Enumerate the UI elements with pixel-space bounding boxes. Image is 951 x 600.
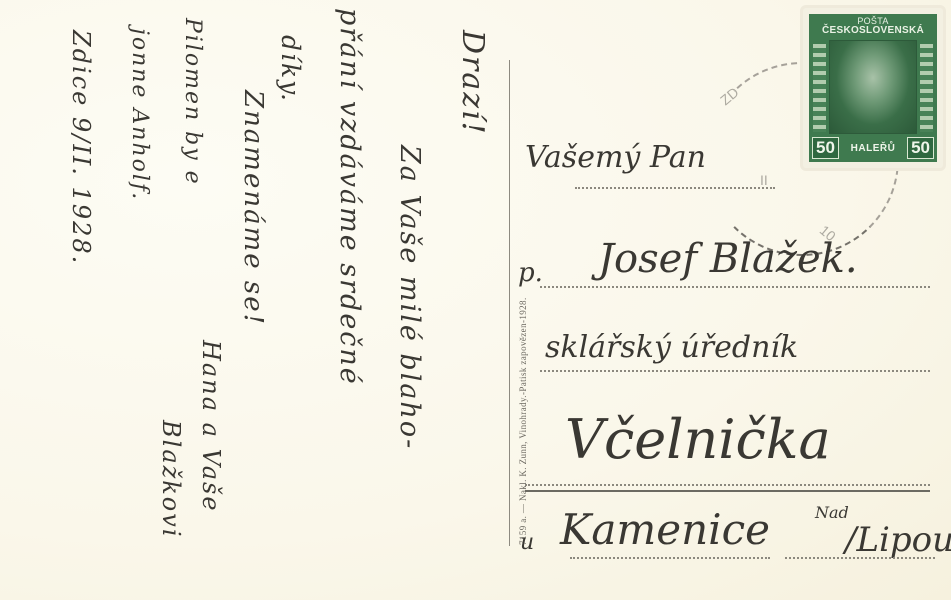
postmark-text: II — [760, 172, 768, 188]
address-district-suffix-small: Nad — [815, 503, 849, 522]
laurel-left-icon — [813, 44, 826, 132]
address-rule-solid — [525, 490, 930, 492]
postage-stamp: POŠTA ČESKOSLOVENSKÁ 50 HALEŘŮ 50 — [803, 8, 943, 168]
address-rule — [525, 484, 930, 486]
address-salutation: Vašemý Pan — [525, 140, 706, 175]
message-line: Drazí! — [455, 30, 490, 136]
address-district-prefix: u — [520, 530, 534, 555]
address-district: Kamenice — [560, 505, 770, 554]
address-rule — [575, 187, 775, 189]
postcard-back: Drazí! Za Vaše milé blaho- přání vzdávám… — [0, 0, 951, 600]
address-occupation: sklářský úředník — [545, 330, 798, 365]
stamp-title-country: ČESKOSLOVENSKÁ — [809, 26, 937, 36]
message-line: Hana a Vaše — [197, 340, 225, 513]
message-line: díky. — [276, 35, 305, 103]
stamp-portrait-icon — [829, 40, 917, 134]
stamp-value-left: 50 — [812, 137, 839, 159]
message-line: jonne Anholf. — [127, 28, 152, 201]
message-line: přání vzdáváme srdečné — [334, 8, 365, 386]
center-divider — [509, 60, 510, 546]
address-rule — [540, 370, 930, 372]
address-rule — [540, 286, 930, 288]
stamp-value-right: 50 — [907, 137, 934, 159]
publisher-imprint: 7159 a. — Nakl. K. Zunn, Vinohrady.-Pati… — [518, 297, 528, 545]
address-rule — [570, 557, 770, 559]
message-line: Blažkovi — [157, 420, 185, 539]
address-name: Josef Blažek. — [598, 236, 858, 282]
address-name-prefix: p. — [518, 258, 543, 288]
laurel-right-icon — [920, 44, 933, 132]
address-rule — [785, 557, 935, 559]
message-line: Za Vaše milé blaho- — [394, 145, 425, 450]
message-line: Zdice 9/II. 1928. — [67, 30, 95, 265]
stamp-currency: HALEŘŮ — [851, 143, 896, 154]
address-district-suffix: /Lipou — [845, 520, 951, 560]
message-line: Pilomen by e — [180, 18, 205, 186]
message-line: Znamenáme se! — [238, 90, 268, 326]
address-town: Včelnička — [565, 408, 831, 471]
